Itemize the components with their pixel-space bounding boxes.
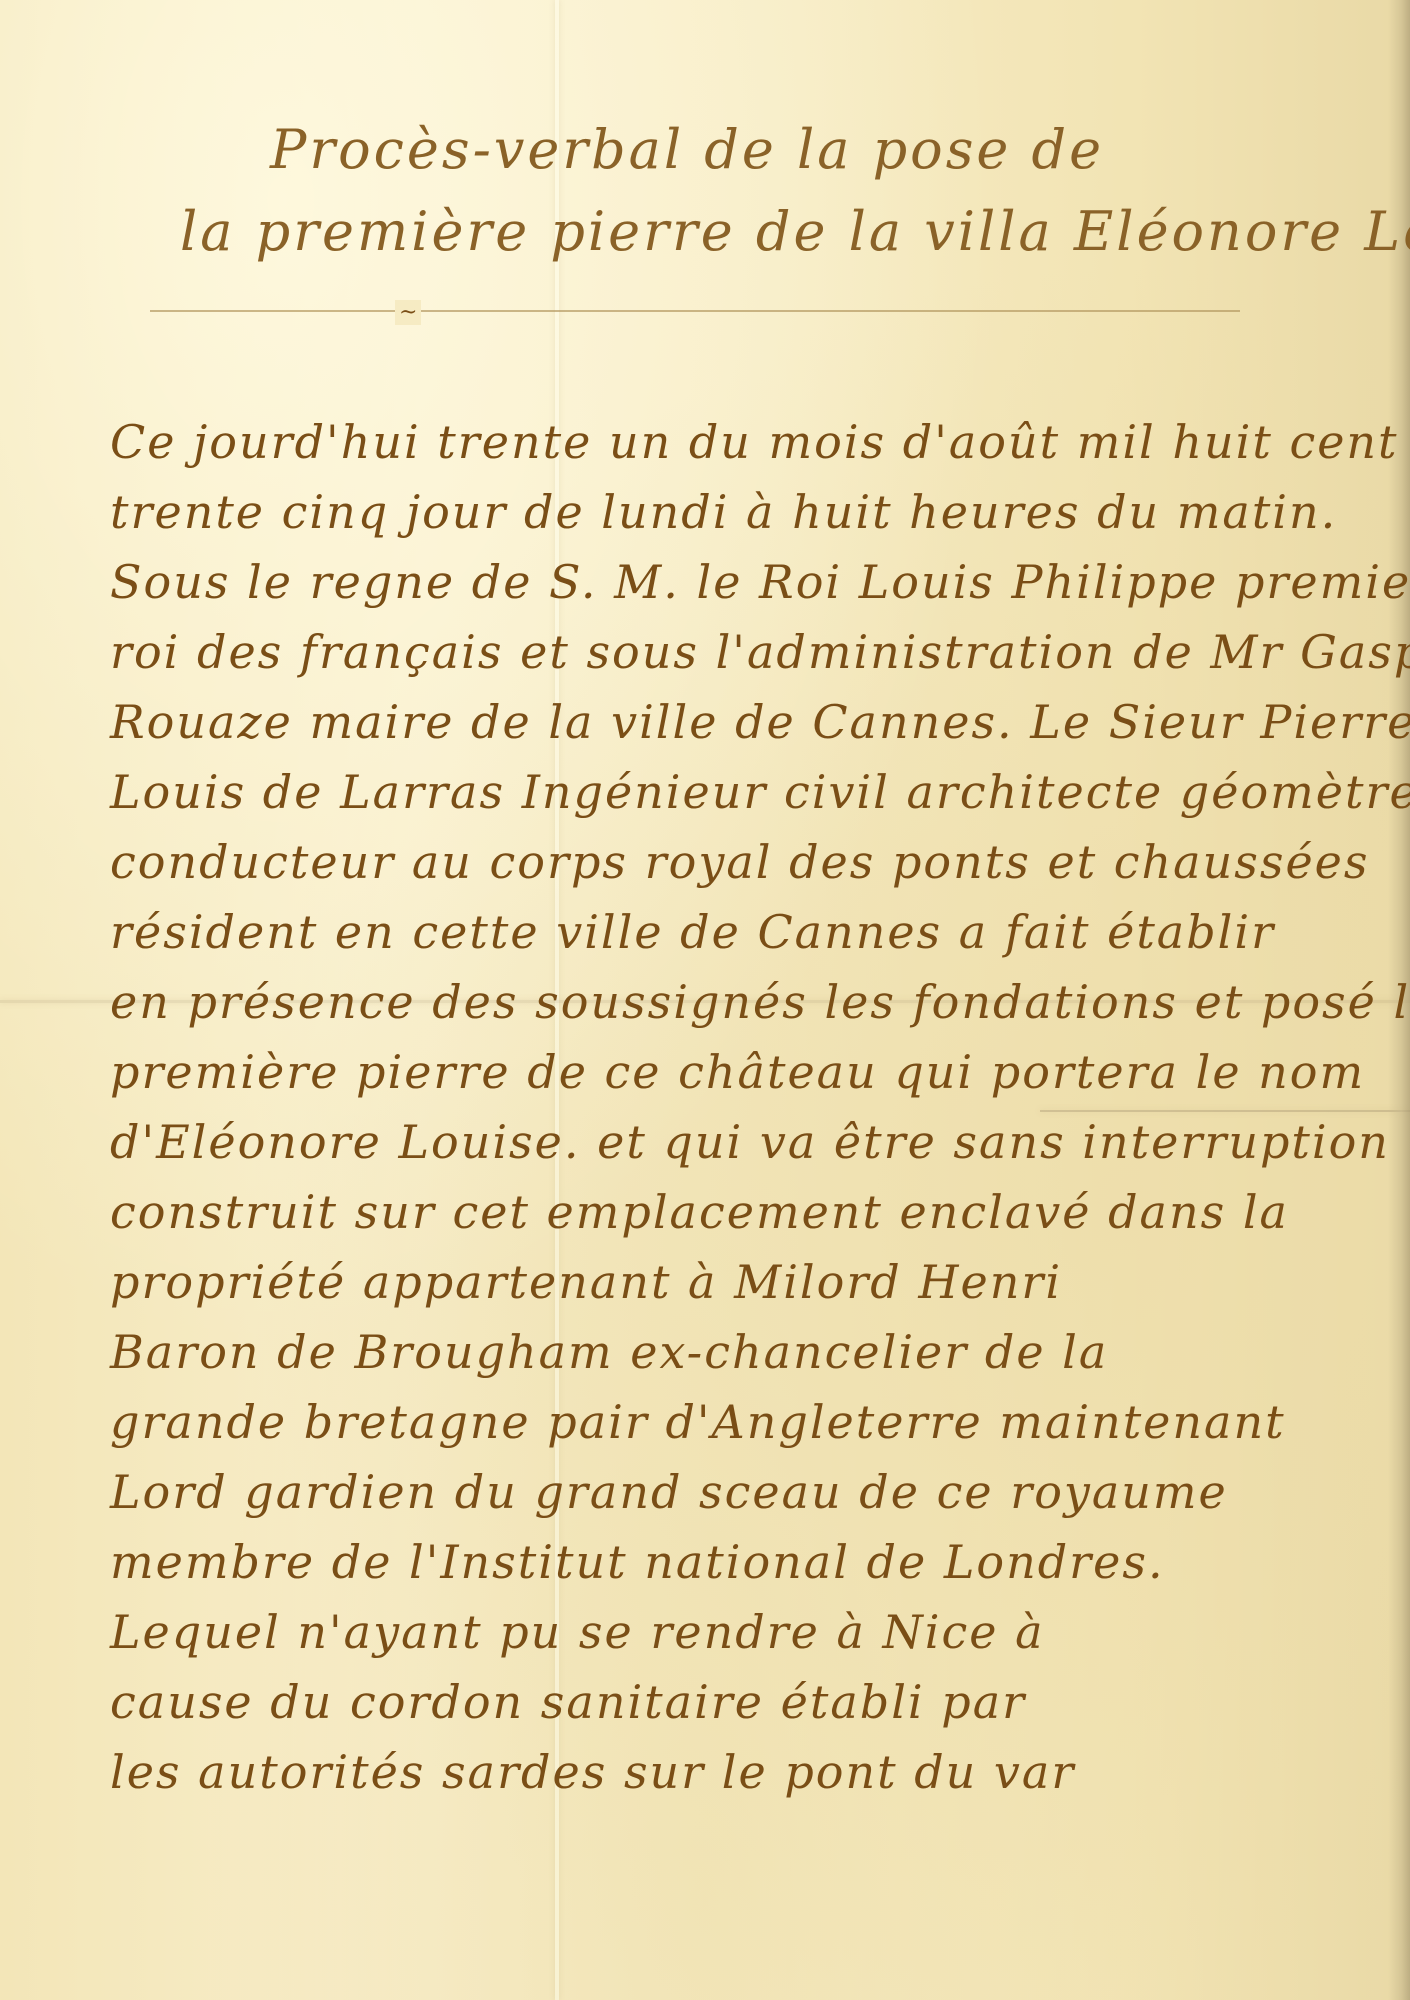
document-title-line-1: Procès-verbal de la pose de (270, 118, 1104, 181)
manuscript-page: Procès-verbal de la pose de la première … (0, 0, 1410, 2000)
body-line: Sous le regne de S. M. le Roi Louis Phil… (110, 555, 1410, 609)
body-line: d'Eléonore Louise. et qui va être sans i… (110, 1115, 1390, 1169)
body-line: résident en cette ville de Cannes a fait… (110, 905, 1275, 959)
body-line: Lequel n'ayant pu se rendre à Nice à (110, 1605, 1045, 1659)
body-line: en présence des soussignés les fondation… (110, 975, 1410, 1029)
title-divider-rule (150, 310, 1240, 312)
body-line: roi des français et sous l'administratio… (110, 625, 1410, 679)
divider-flourish: ~ (395, 300, 421, 325)
document-title-line-2: la première pierre de la villa Eléonore … (180, 200, 1410, 263)
body-line: Baron de Brougham ex-chancelier de la (110, 1325, 1108, 1379)
body-line: membre de l'Institut national de Londres… (110, 1535, 1165, 1589)
edge-tear-crease (1040, 1110, 1410, 1112)
body-line: Rouaze maire de la ville de Cannes. Le S… (110, 695, 1410, 749)
body-line: grande bretagne pair d'Angleterre mainte… (110, 1395, 1286, 1449)
body-line: conducteur au corps royal des ponts et c… (110, 835, 1370, 889)
body-line: les autorités sardes sur le pont du var (110, 1745, 1075, 1799)
body-line: Louis de Larras Ingénieur civil architec… (110, 765, 1410, 819)
body-line: première pierre de ce château qui porter… (110, 1045, 1365, 1099)
body-line: cause du cordon sanitaire établi par (110, 1675, 1026, 1729)
body-line: Lord gardien du grand sceau de ce royaum… (110, 1465, 1228, 1519)
body-line: construit sur cet emplacement enclavé da… (110, 1185, 1289, 1239)
body-line: trente cinq jour de lundi à huit heures … (110, 485, 1337, 539)
body-line: Ce jourd'hui trente un du mois d'août mi… (110, 415, 1399, 469)
body-line: propriété appartenant à Milord Henri (110, 1255, 1062, 1309)
